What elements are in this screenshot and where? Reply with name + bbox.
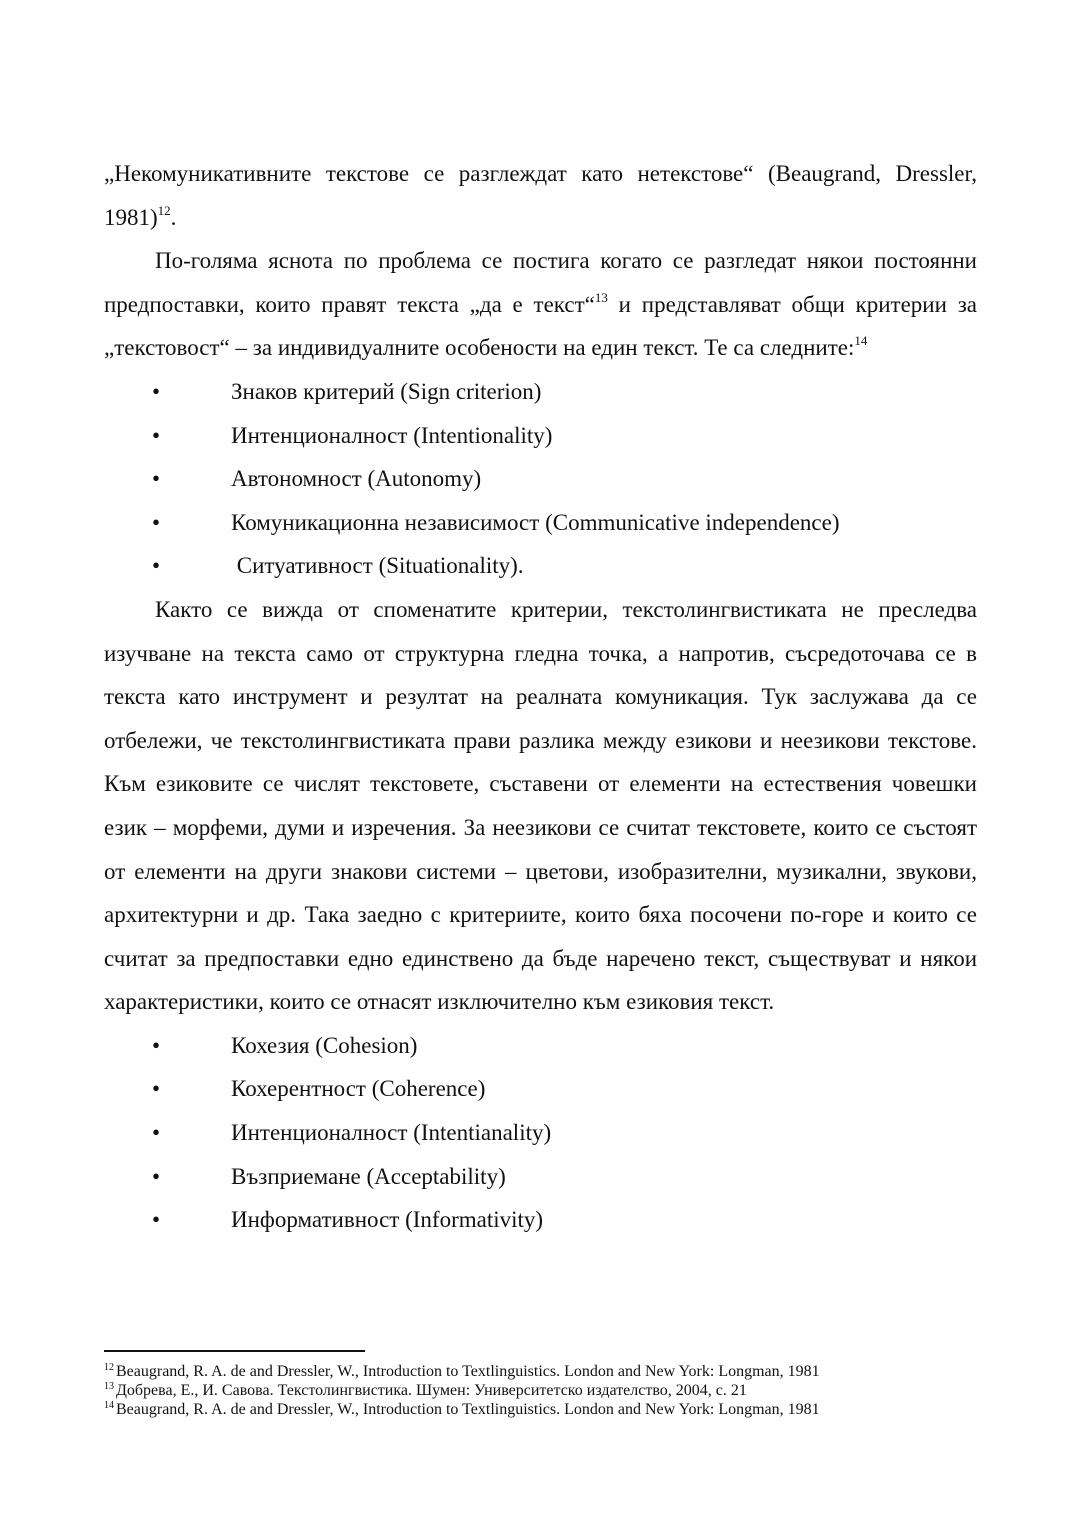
bullet-icon: • <box>152 457 160 501</box>
footnote-separator <box>104 1350 365 1352</box>
bullet-icon: • <box>152 501 160 545</box>
bullet-icon: • <box>152 1111 160 1155</box>
footnote-12: 12Beaugrand, R. A. de and Dressler, W., … <box>104 1362 984 1381</box>
footnote-ref-14[interactable]: 14 <box>854 333 867 348</box>
list-item: •Автономност (Autonomy) <box>104 457 977 501</box>
bullet-icon: • <box>152 544 160 588</box>
footnote-ref-13[interactable]: 13 <box>595 290 608 305</box>
paragraph-textlinguistics: Както се вижда от споменатите критерии, … <box>104 588 977 1024</box>
bullet-icon: • <box>152 1155 160 1199</box>
footnote-ref-12[interactable]: 12 <box>158 203 171 218</box>
list-item: • Ситуативност (Situationality). <box>104 544 977 588</box>
bullet-icon: • <box>152 370 160 414</box>
paragraph-textuality: По-голяма яснота по проблема се постига … <box>104 239 977 370</box>
bullet-icon: • <box>152 414 160 458</box>
body-text: „Некомуникативните текстове се разглежда… <box>104 152 977 1242</box>
footnote-13: 13Добрева, Е., И. Савова. Текстолингвист… <box>104 1381 984 1400</box>
bullet-icon: • <box>152 1067 160 1111</box>
list-item: •Интенционалност (Intentionality) <box>104 414 977 458</box>
list-item: •Комуникационна независимост (Communicat… <box>104 501 977 545</box>
paragraph-quote: „Некомуникативните текстове се разглежда… <box>104 152 977 239</box>
footnotes: 12Beaugrand, R. A. de and Dressler, W., … <box>104 1362 984 1419</box>
bullet-icon: • <box>152 1198 160 1242</box>
characteristics-list: •Кохезия (Cohesion) •Кохерентност (Coher… <box>104 1024 977 1242</box>
list-item: •Интенционалност (Intentianality) <box>104 1111 977 1155</box>
list-item: •Знаков критерий (Sign criterion) <box>104 370 977 414</box>
list-item: •Информативност (Informativity) <box>104 1198 977 1242</box>
list-item: •Кохерентност (Coherence) <box>104 1067 977 1111</box>
footnote-14: 14Beaugrand, R. A. de and Dressler, W., … <box>104 1400 984 1419</box>
bullet-icon: • <box>152 1024 160 1068</box>
document-page: „Некомуникативните текстове се разглежда… <box>0 0 1080 1527</box>
list-item: •Кохезия (Cohesion) <box>104 1024 977 1068</box>
criteria-list: •Знаков критерий (Sign criterion) •Интен… <box>104 370 977 588</box>
list-item: •Възприемане (Acceptability) <box>104 1155 977 1199</box>
